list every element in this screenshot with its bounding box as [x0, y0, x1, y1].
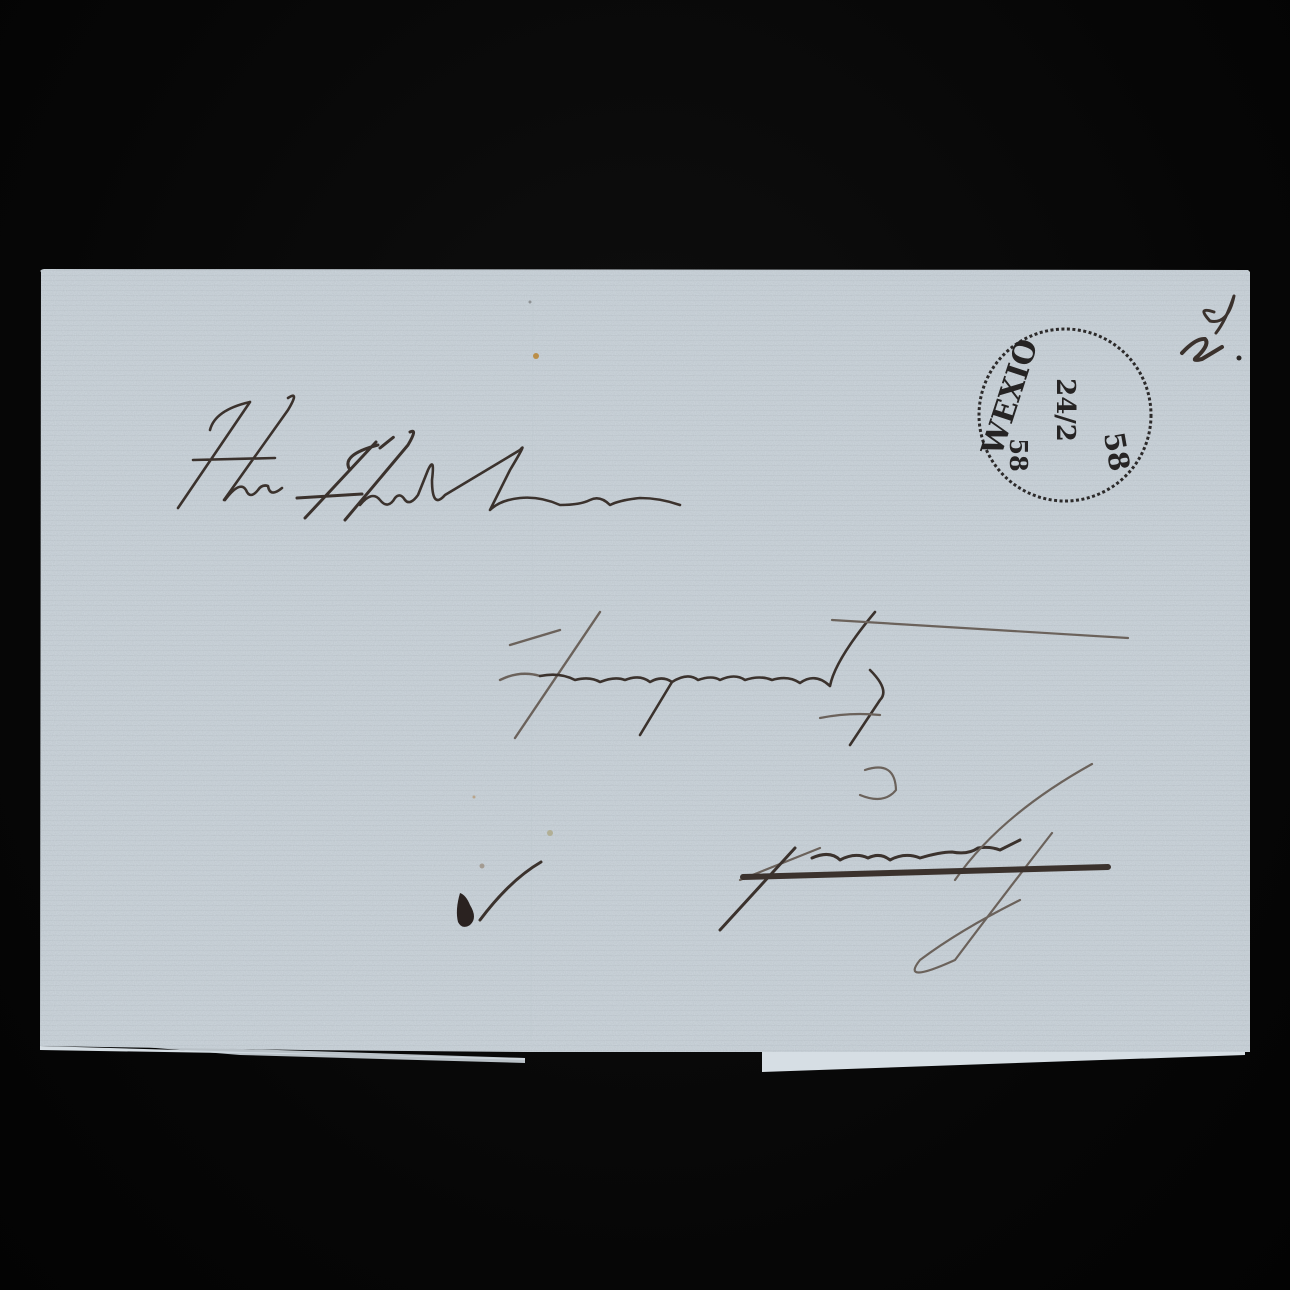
postmark-year-a: 58: [1097, 430, 1136, 474]
letter-cover-scene: WEXIO 24/2 58 58: [0, 0, 1290, 1290]
postmark-year-b: 58: [1004, 438, 1033, 471]
postmark-date: 24/2: [1050, 378, 1080, 442]
